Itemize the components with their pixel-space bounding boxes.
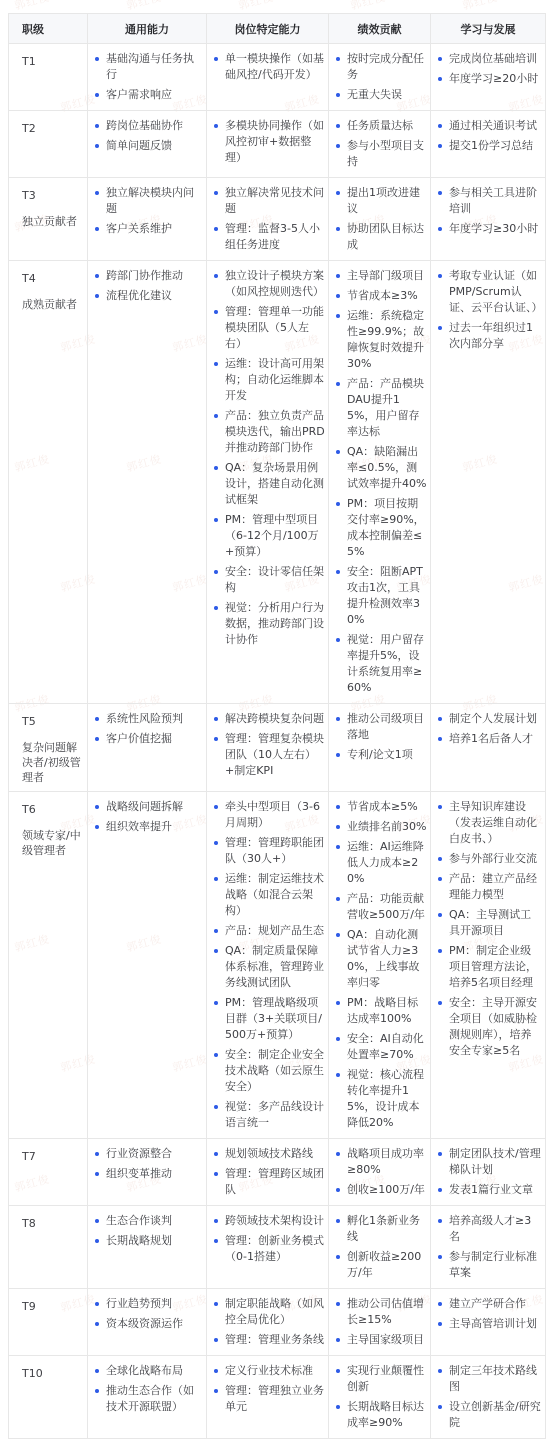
bullet-item: 牵头中型项目（3-6月周期） <box>208 799 327 831</box>
bullet-item: 产品：独立负责产品模块迭代，输出PRD并推动跨部门协作 <box>208 408 327 456</box>
bullet-dot-icon <box>438 326 442 330</box>
bullet-item: 完成岗位基础培训 <box>432 51 544 67</box>
bullet-dot-icon <box>336 57 340 61</box>
bullet-item: 战略项目成功率≥80% <box>330 1146 429 1178</box>
level-cell: T1 <box>9 44 88 111</box>
bullet-text: 制定职能战略（如风控全局优化） <box>225 1296 327 1328</box>
bullet-item: 简单问题反馈 <box>89 138 205 154</box>
bullet-dot-icon <box>336 191 340 195</box>
bullet-dot-icon <box>438 1001 442 1005</box>
bullet-text: PM：战略目标达成率100% <box>347 995 429 1027</box>
bullet-dot-icon <box>214 310 218 314</box>
bullet-text: 无重大失误 <box>347 87 429 103</box>
cell-learning: 考取专业认证（如PMP/Scrum认证、云平台认证、）过去一年组织过1次内部分享 <box>431 261 546 704</box>
level-subtitle: 成熟贡献者 <box>22 297 84 312</box>
bullet-dot-icon <box>336 1073 340 1077</box>
bullet-dot-icon <box>95 57 99 61</box>
bullet-dot-icon <box>214 414 218 418</box>
bullet-item: 视觉：分析用户行为数据，推动跨部门设计协作 <box>208 600 327 648</box>
bullet-dot-icon <box>438 1152 442 1156</box>
bullet-dot-icon <box>95 93 99 97</box>
bullet-dot-icon <box>214 1105 218 1109</box>
bullet-dot-icon <box>336 93 340 97</box>
bullet-item: 管理：管理跨职能团队（30人+） <box>208 835 327 867</box>
cell-learning: 制定个人发展计划培养1名后备人才 <box>431 704 546 792</box>
bullet-text: 安全：制定企业安全技术战略（如云原生安全） <box>225 1047 327 1095</box>
bullet-dot-icon <box>214 466 218 470</box>
bullet-dot-icon <box>336 1001 340 1005</box>
cell-general: 独立解决模块内问题客户关系维护 <box>88 178 207 261</box>
table-row: T5复杂问题解决者/初级管理者系统性风险预判客户价值挖掘解决跨模块复杂问题管理：… <box>9 704 546 792</box>
cell-general: 行业资源整合组织变革推动 <box>88 1139 207 1206</box>
bullet-text: 实现行业颠覆性创新 <box>347 1363 429 1395</box>
bullet-item: 视觉：核心流程转化率提升15%，设计成本降低20% <box>330 1067 429 1131</box>
bullet-text: 推动生态合作（如技术开源联盟） <box>106 1383 205 1415</box>
bullet-dot-icon <box>336 1302 340 1306</box>
bullet-text: 独立解决模块内问题 <box>106 185 205 217</box>
bullet-dot-icon <box>214 949 218 953</box>
bullet-text: 管理：管理业务条线 <box>225 1332 327 1348</box>
bullet-text: 管理：创新业务模式（0-1搭建） <box>225 1233 327 1265</box>
bullet-item: 跨岗位基础协作 <box>89 118 205 134</box>
bullet-item: 主导知识库建设（发表运维自动化白皮书、） <box>432 799 544 847</box>
table-row: T7行业资源整合组织变革推动规划领域技术路线管理：管理跨区域团队战略项目成功率≥… <box>9 1139 546 1206</box>
bullet-item: 专利/论文1项 <box>330 747 429 763</box>
bullet-dot-icon <box>214 717 218 721</box>
bullet-text: 创收≥100万/年 <box>347 1182 429 1198</box>
bullet-item: 运维：设计高可用架构；自动化运维脚本开发 <box>208 356 327 404</box>
bullet-item: 生态合作谈判 <box>89 1213 205 1229</box>
bullet-item: 跨部门协作推动 <box>89 268 205 284</box>
bullet-dot-icon <box>438 124 442 128</box>
bullet-text: 解决跨模块复杂问题 <box>225 711 327 727</box>
cell-specific: 多模块协同操作（如风控初审+数据整理） <box>207 111 329 178</box>
bullet-item: 管理：创新业务模式（0-1搭建） <box>208 1233 327 1265</box>
bullet-dot-icon <box>336 570 340 574</box>
bullet-text: QA：复杂场景用例设计，搭建自动化测试框架 <box>225 460 327 508</box>
bullet-text: 规划领域技术路线 <box>225 1146 327 1162</box>
bullet-text: QA：缺陷漏出率≤0.5%，测试效率提升40% <box>347 444 429 492</box>
bullet-dot-icon <box>95 717 99 721</box>
bullet-dot-icon <box>95 1219 99 1223</box>
bullet-text: 长期战略规划 <box>106 1233 205 1249</box>
bullet-text: 运维：系统稳定性≥99.9%；故障恢复时效提升30% <box>347 308 429 372</box>
bullet-item: 流程优化建议 <box>89 288 205 304</box>
bullet-text: 管理：管理跨区域团队 <box>225 1166 327 1198</box>
bullet-text: 视觉：用户留存率提升5%，设计系统复用率≥60% <box>347 632 429 696</box>
bullet-dot-icon <box>336 1338 340 1342</box>
bullet-text: 视觉：多产品线设计语言统一 <box>225 1099 327 1131</box>
bullet-item: 管理：管理业务条线 <box>208 1332 327 1348</box>
bullet-item: 参与小型项目支持 <box>330 138 429 170</box>
bullet-dot-icon <box>438 1188 442 1192</box>
bullet-dot-icon <box>95 1369 99 1373</box>
bullet-text: 提出1项改进建议 <box>347 185 429 217</box>
bullet-dot-icon <box>214 737 218 741</box>
bullet-dot-icon <box>438 144 442 148</box>
bullet-dot-icon <box>214 57 218 61</box>
bullet-dot-icon <box>214 929 218 933</box>
bullet-text: 通过相关通识考试 <box>449 118 544 134</box>
bullet-dot-icon <box>336 897 340 901</box>
level-cell: T9 <box>9 1289 88 1356</box>
bullet-dot-icon <box>95 274 99 278</box>
level-label: T10 <box>22 1366 84 1381</box>
bullet-text: 创新收益≥200万/年 <box>347 1249 429 1281</box>
header-performance-contribution: 绩效贡献 <box>329 14 431 44</box>
bullet-item: 资本级资源运作 <box>89 1316 205 1332</box>
bullet-item: 多模块协同操作（如风控初审+数据整理） <box>208 118 327 166</box>
bullet-item: 解决跨模块复杂问题 <box>208 711 327 727</box>
bullet-text: PM：制定企业级项目管理方法论，培养5名项目经理 <box>449 943 544 991</box>
bullet-item: 孵化1条新业务线 <box>330 1213 429 1245</box>
bullet-item: QA：复杂场景用例设计，搭建自动化测试框架 <box>208 460 327 508</box>
cell-performance: 按时完成分配任务无重大失误 <box>329 44 431 111</box>
bullet-item: QA：自动化测试节省人力≥30%，上线事故率归零 <box>330 927 429 991</box>
level-label: T1 <box>22 54 84 69</box>
bullet-text: 参与相关工具进阶培训 <box>449 185 544 217</box>
bullet-item: 无重大失误 <box>330 87 429 103</box>
cell-learning: 制定团队技术/管理梯队计划发表1篇行业文章 <box>431 1139 546 1206</box>
watermark-text: 郭红俊 <box>125 0 164 13</box>
bullet-item: 节省成本≥3% <box>330 288 429 304</box>
level-subtitle: 领域专家/中级管理者 <box>22 828 84 858</box>
bullet-item: 节省成本≥5% <box>330 799 429 815</box>
bullet-item: 单一模块操作（如基础风控/代码开发） <box>208 51 327 83</box>
bullet-text: 培养1名后备人才 <box>449 731 544 747</box>
bullet-text: 推动公司级项目落地 <box>347 711 429 743</box>
bullet-text: 系统性风险预判 <box>106 711 205 727</box>
bullet-dot-icon <box>438 857 442 861</box>
level-subtitle: 复杂问题解决者/初级管理者 <box>22 740 84 785</box>
bullet-text: 管理：管理复杂模块团队（10人左右）+制定KPI <box>225 731 327 779</box>
bullet-item: 主导部门级项目 <box>330 268 429 284</box>
cell-performance: 提出1项改进建议协助团队目标达成 <box>329 178 431 261</box>
bullet-text: QA：自动化测试节省人力≥30%，上线事故率归零 <box>347 927 429 991</box>
bullet-item: 客户关系维护 <box>89 221 205 237</box>
bullet-item: 行业趋势预判 <box>89 1296 205 1312</box>
bullet-dot-icon <box>336 1219 340 1223</box>
bullet-dot-icon <box>438 913 442 917</box>
bullet-item: 推动生态合作（如技术开源联盟） <box>89 1383 205 1415</box>
level-label: T7 <box>22 1149 84 1164</box>
bullet-dot-icon <box>214 1239 218 1243</box>
bullet-dot-icon <box>336 124 340 128</box>
bullet-item: 参与相关工具进阶培训 <box>432 185 544 217</box>
bullet-text: 节省成本≥3% <box>347 288 429 304</box>
bullet-dot-icon <box>336 1255 340 1259</box>
cell-specific: 定义行业技术标准管理：管理独立业务单元 <box>207 1356 329 1439</box>
bullet-text: 运维：制定运维技术战略（如混合云架构） <box>225 871 327 919</box>
bullet-text: 行业趋势预判 <box>106 1296 205 1312</box>
cell-performance: 实现行业颠覆性创新长期战略目标达成率≥90% <box>329 1356 431 1439</box>
bullet-dot-icon <box>438 1219 442 1223</box>
bullet-text: 独立解决常见技术问题 <box>225 185 327 217</box>
table-row: T2跨岗位基础协作简单问题反馈多模块协同操作（如风控初审+数据整理）任务质量达标… <box>9 111 546 178</box>
bullet-item: 参与外部行业交流 <box>432 851 544 867</box>
level-label: T8 <box>22 1216 84 1231</box>
bullet-text: 跨领域技术架构设计 <box>225 1213 327 1229</box>
job-level-table: 职级 通用能力 岗位特定能力 绩效贡献 学习与发展 T1基础沟通与任务执行客户需… <box>8 13 546 1439</box>
level-label: T4 <box>22 271 84 286</box>
bullet-item: 发表1篇行业文章 <box>432 1182 544 1198</box>
bullet-item: 提交1份学习总结 <box>432 138 544 154</box>
bullet-item: 行业资源整合 <box>89 1146 205 1162</box>
bullet-item: 主导高管培训计划 <box>432 1316 544 1332</box>
bullet-item: 管理：管理单一功能模块团队（5人左右） <box>208 304 327 352</box>
bullet-dot-icon <box>214 227 218 231</box>
bullet-text: 长期战略目标达成率≥90% <box>347 1399 429 1431</box>
bullet-dot-icon <box>95 191 99 195</box>
bullet-dot-icon <box>95 737 99 741</box>
bullet-item: 客户需求响应 <box>89 87 205 103</box>
level-label: T6 <box>22 802 84 817</box>
bullet-text: 流程优化建议 <box>106 288 205 304</box>
bullet-text: 组织变革推动 <box>106 1166 205 1182</box>
cell-performance: 战略项目成功率≥80%创收≥100万/年 <box>329 1139 431 1206</box>
bullet-text: 年度学习≥20小时 <box>449 71 544 87</box>
bullet-text: 业绩排名前30% <box>347 819 429 835</box>
level-label: T5 <box>22 714 84 729</box>
cell-learning: 建立产学研合作主导高管培训计划 <box>431 1289 546 1356</box>
bullet-dot-icon <box>95 1239 99 1243</box>
bullet-item: QA：制定质量保障体系标准，管理跨业务线测试团队 <box>208 943 327 991</box>
bullet-text: 按时完成分配任务 <box>347 51 429 83</box>
bullet-item: 推动公司估值增长≥15% <box>330 1296 429 1328</box>
cell-learning: 参与相关工具进阶培训年度学习≥30小时 <box>431 178 546 261</box>
bullet-text: 视觉：分析用户行为数据，推动跨部门设计协作 <box>225 600 327 648</box>
bullet-item: QA：主导测试工具开源项目 <box>432 907 544 939</box>
bullet-text: 完成岗位基础培训 <box>449 51 544 67</box>
bullet-item: 战略级问题拆解 <box>89 799 205 815</box>
bullet-text: 跨岗位基础协作 <box>106 118 205 134</box>
bullet-item: 年度学习≥20小时 <box>432 71 544 87</box>
bullet-dot-icon <box>438 57 442 61</box>
bullet-item: 安全：制定企业安全技术战略（如云原生安全） <box>208 1047 327 1095</box>
bullet-item: 组织效率提升 <box>89 819 205 835</box>
bullet-text: 产品：产品模块DAU提升15%，用户留存率达标 <box>347 376 429 440</box>
bullet-dot-icon <box>214 570 218 574</box>
table-row: T3独立贡献者独立解决模块内问题客户关系维护独立解决常见技术问题管理：监督3-5… <box>9 178 546 261</box>
bullet-item: 提出1项改进建议 <box>330 185 429 217</box>
cell-general: 基础沟通与任务执行客户需求响应 <box>88 44 207 111</box>
bullet-dot-icon <box>438 77 442 81</box>
bullet-text: 行业资源整合 <box>106 1146 205 1162</box>
bullet-item: 独立设计子模块方案（如风控规则迭代） <box>208 268 327 300</box>
bullet-text: 基础沟通与任务执行 <box>106 51 205 83</box>
bullet-item: 定义行业技术标准 <box>208 1363 327 1379</box>
bullet-dot-icon <box>214 1053 218 1057</box>
bullet-item: PM：项目按期交付率≥90%，成本控制偏差≤5% <box>330 496 429 560</box>
bullet-item: 参与制定行业标准草案 <box>432 1249 544 1281</box>
cell-specific: 单一模块操作（如基础风控/代码开发） <box>207 44 329 111</box>
cell-specific: 牵头中型项目（3-6月周期）管理：管理跨职能团队（30人+）运维：制定运维技术战… <box>207 792 329 1139</box>
bullet-item: 通过相关通识考试 <box>432 118 544 134</box>
cell-performance: 任务质量达标参与小型项目支持 <box>329 111 431 178</box>
bullet-item: 安全：AI自动化处置率≥70% <box>330 1031 429 1063</box>
bullet-item: 过去一年组织过1次内部分享 <box>432 320 544 352</box>
cell-general: 战略级问题拆解组织效率提升 <box>88 792 207 1139</box>
cell-specific: 独立设计子模块方案（如风控规则迭代）管理：管理单一功能模块团队（5人左右）运维：… <box>207 261 329 704</box>
bullet-text: 管理：管理独立业务单元 <box>225 1383 327 1415</box>
bullet-text: 过去一年组织过1次内部分享 <box>449 320 544 352</box>
bullet-text: 跨部门协作推动 <box>106 268 205 284</box>
bullet-dot-icon <box>336 144 340 148</box>
bullet-dot-icon <box>336 314 340 318</box>
cell-general: 行业趋势预判资本级资源运作 <box>88 1289 207 1356</box>
table-header-row: 职级 通用能力 岗位特定能力 绩效贡献 学习与发展 <box>9 14 546 44</box>
table-row: T8生态合作谈判长期战略规划跨领域技术架构设计管理：创新业务模式（0-1搭建）孵… <box>9 1206 546 1289</box>
bullet-dot-icon <box>336 450 340 454</box>
watermark-text: 郭红俊 <box>461 0 500 13</box>
bullet-dot-icon <box>336 227 340 231</box>
cell-learning: 通过相关通识考试提交1份学习总结 <box>431 111 546 178</box>
level-label: T2 <box>22 121 84 136</box>
bullet-item: 考取专业认证（如PMP/Scrum认证、云平台认证、） <box>432 268 544 316</box>
bullet-dot-icon <box>95 1172 99 1176</box>
bullet-item: QA：缺陷漏出率≤0.5%，测试效率提升40% <box>330 444 429 492</box>
bullet-text: 参与外部行业交流 <box>449 851 544 867</box>
cell-performance: 推动公司估值增长≥15%主导国家级项目 <box>329 1289 431 1356</box>
level-subtitle: 独立贡献者 <box>22 214 84 229</box>
bullet-item: 客户价值挖掘 <box>89 731 205 747</box>
bullet-dot-icon <box>336 294 340 298</box>
bullet-item: 培养1名后备人才 <box>432 731 544 747</box>
bullet-dot-icon <box>214 841 218 845</box>
bullet-item: 规划领域技术路线 <box>208 1146 327 1162</box>
header-general-skills: 通用能力 <box>88 14 207 44</box>
cell-general: 跨部门协作推动流程优化建议 <box>88 261 207 704</box>
bullet-item: 安全：主导开源安全项目（如威胁检测规则库），培养安全专家≥5名 <box>432 995 544 1059</box>
table-row: T6领域专家/中级管理者战略级问题拆解组织效率提升牵头中型项目（3-6月周期）管… <box>9 792 546 1139</box>
bullet-text: 战略级问题拆解 <box>106 799 205 815</box>
level-cell: T4成熟贡献者 <box>9 261 88 704</box>
bullet-item: 运维：AI运维降低人力成本≥20% <box>330 839 429 887</box>
watermark-text: 郭红俊 <box>237 0 276 13</box>
bullet-text: 安全：设计零信任架构 <box>225 564 327 596</box>
bullet-text: 客户关系维护 <box>106 221 205 237</box>
bullet-text: 生态合作谈判 <box>106 1213 205 1229</box>
bullet-item: 业绩排名前30% <box>330 819 429 835</box>
bullet-dot-icon <box>336 1405 340 1409</box>
bullet-text: 安全：主导开源安全项目（如威胁检测规则库），培养安全专家≥5名 <box>449 995 544 1059</box>
bullet-dot-icon <box>438 737 442 741</box>
bullet-item: PM：管理中型项目（6-12个月/100万+预算） <box>208 512 327 560</box>
bullet-dot-icon <box>214 1152 218 1156</box>
bullet-text: 资本级资源运作 <box>106 1316 205 1332</box>
bullet-dot-icon <box>214 877 218 881</box>
table-row: T4成熟贡献者跨部门协作推动流程优化建议独立设计子模块方案（如风控规则迭代）管理… <box>9 261 546 704</box>
bullet-item: 培养高级人才≥3名 <box>432 1213 544 1245</box>
bullet-text: 设立创新基金/研究院 <box>449 1399 544 1431</box>
bullet-item: 基础沟通与任务执行 <box>89 51 205 83</box>
bullet-item: 视觉：用户留存率提升5%，设计系统复用率≥60% <box>330 632 429 696</box>
bullet-text: 简单问题反馈 <box>106 138 205 154</box>
bullet-dot-icon <box>438 877 442 881</box>
cell-learning: 制定三年技术路线图设立创新基金/研究院 <box>431 1356 546 1439</box>
bullet-item: 制定个人发展计划 <box>432 711 544 727</box>
bullet-item: 产品：产品模块DAU提升15%，用户留存率达标 <box>330 376 429 440</box>
bullet-text: 客户价值挖掘 <box>106 731 205 747</box>
cell-learning: 完成岗位基础培训年度学习≥20小时 <box>431 44 546 111</box>
bullet-dot-icon <box>214 362 218 366</box>
page: 郭红俊郭红俊郭红俊郭红俊郭红俊郭红俊郭红俊郭红俊郭红俊郭红俊郭红俊郭红俊郭红俊郭… <box>0 0 556 1439</box>
bullet-text: 制定团队技术/管理梯队计划 <box>449 1146 544 1178</box>
bullet-dot-icon <box>214 1338 218 1342</box>
bullet-dot-icon <box>214 1219 218 1223</box>
bullet-dot-icon <box>438 1255 442 1259</box>
bullet-dot-icon <box>214 274 218 278</box>
bullet-text: 培养高级人才≥3名 <box>449 1213 544 1245</box>
bullet-item: 视觉：多产品线设计语言统一 <box>208 1099 327 1131</box>
bullet-text: 产品：规划产品生态 <box>225 923 327 939</box>
bullet-dot-icon <box>336 805 340 809</box>
bullet-item: 建立产学研合作 <box>432 1296 544 1312</box>
table-row: T1基础沟通与任务执行客户需求响应单一模块操作（如基础风控/代码开发）按时完成分… <box>9 44 546 111</box>
bullet-item: 独立解决模块内问题 <box>89 185 205 217</box>
bullet-text: 提交1份学习总结 <box>449 138 544 154</box>
bullet-item: 系统性风险预判 <box>89 711 205 727</box>
bullet-dot-icon <box>336 638 340 642</box>
watermark-text: 郭红俊 <box>349 0 388 13</box>
bullet-dot-icon <box>336 1152 340 1156</box>
header-job-level: 职级 <box>9 14 88 44</box>
bullet-item: 创收≥100万/年 <box>330 1182 429 1198</box>
bullet-dot-icon <box>95 1302 99 1306</box>
cell-general: 系统性风险预判客户价值挖掘 <box>88 704 207 792</box>
level-cell: T10 <box>9 1356 88 1439</box>
bullet-dot-icon <box>336 825 340 829</box>
bullet-dot-icon <box>95 124 99 128</box>
bullet-dot-icon <box>438 805 442 809</box>
bullet-dot-icon <box>438 1405 442 1409</box>
bullet-item: 安全：阻断APT攻击1次，工具提升检测效率30% <box>330 564 429 628</box>
bullet-dot-icon <box>438 717 442 721</box>
bullet-item: 产品：功能贡献营收≥500万/年 <box>330 891 429 923</box>
bullet-text: PM：管理中型项目（6-12个月/100万+预算） <box>225 512 327 560</box>
bullet-text: 主导国家级项目 <box>347 1332 429 1348</box>
bullet-item: 任务质量达标 <box>330 118 429 134</box>
bullet-dot-icon <box>214 124 218 128</box>
bullet-item: 实现行业颠覆性创新 <box>330 1363 429 1395</box>
bullet-item: 管理：管理复杂模块团队（10人左右）+制定KPI <box>208 731 327 779</box>
level-cell: T3独立贡献者 <box>9 178 88 261</box>
bullet-text: 管理：管理单一功能模块团队（5人左右） <box>225 304 327 352</box>
bullet-dot-icon <box>95 1152 99 1156</box>
bullet-dot-icon <box>214 1389 218 1393</box>
cell-general: 跨岗位基础协作简单问题反馈 <box>88 111 207 178</box>
bullet-dot-icon <box>438 227 442 231</box>
bullet-item: 运维：系统稳定性≥99.9%；故障恢复时效提升30% <box>330 308 429 372</box>
bullet-dot-icon <box>336 1188 340 1192</box>
bullet-dot-icon <box>336 933 340 937</box>
bullet-dot-icon <box>336 753 340 757</box>
bullet-item: 长期战略目标达成率≥90% <box>330 1399 429 1431</box>
bullet-text: 定义行业技术标准 <box>225 1363 327 1379</box>
bullet-text: 制定三年技术路线图 <box>449 1363 544 1395</box>
level-cell: T6领域专家/中级管理者 <box>9 792 88 1139</box>
bullet-text: 任务质量达标 <box>347 118 429 134</box>
cell-specific: 制定职能战略（如风控全局优化）管理：管理业务条线 <box>207 1289 329 1356</box>
bullet-dot-icon <box>95 805 99 809</box>
bullet-dot-icon <box>214 1369 218 1373</box>
bullet-text: 产品：功能贡献营收≥500万/年 <box>347 891 429 923</box>
bullet-text: 参与制定行业标准草案 <box>449 1249 544 1281</box>
bullet-text: QA：制定质量保障体系标准，管理跨业务线测试团队 <box>225 943 327 991</box>
bullet-dot-icon <box>95 1389 99 1393</box>
level-label: T9 <box>22 1299 84 1314</box>
table-row: T9行业趋势预判资本级资源运作制定职能战略（如风控全局优化）管理：管理业务条线推… <box>9 1289 546 1356</box>
